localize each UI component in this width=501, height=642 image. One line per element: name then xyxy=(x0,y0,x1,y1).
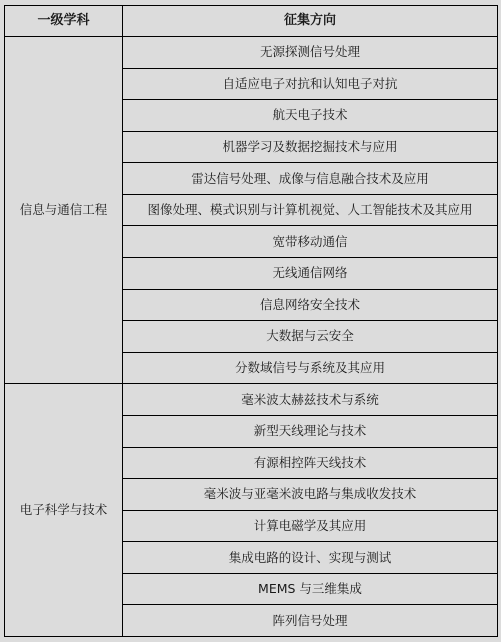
direction-cell: 大数据与云安全 xyxy=(123,321,498,353)
header-direction: 征集方向 xyxy=(123,6,498,37)
direction-cell: 阵列信号处理 xyxy=(123,605,498,637)
direction-cell: 无源探测信号处理 xyxy=(123,37,498,69)
direction-cell: 宽带移动通信 xyxy=(123,226,498,258)
direction-cell: 集成电路的设计、实现与测试 xyxy=(123,542,498,574)
direction-cell: 毫米波太赫兹技术与系统 xyxy=(123,384,498,416)
direction-cell: 信息网络安全技术 xyxy=(123,289,498,321)
discipline-cell-info-comm: 信息与通信工程 xyxy=(5,37,123,384)
direction-cell: MEMS 与三维集成 xyxy=(123,573,498,605)
direction-cell: 计算电磁学及其应用 xyxy=(123,510,498,542)
direction-cell: 毫米波与亚毫米波电路与集成收发技术 xyxy=(123,479,498,511)
table-row: 信息与通信工程 无源探测信号处理 xyxy=(5,37,498,69)
direction-cell: 雷达信号处理、成像与信息融合技术及应用 xyxy=(123,163,498,195)
direction-cell: 无线通信网络 xyxy=(123,258,498,290)
direction-cell: 新型天线理论与技术 xyxy=(123,415,498,447)
discipline-cell-electronic-sci: 电子科学与技术 xyxy=(5,384,123,637)
direction-cell: 自适应电子对抗和认知电子对抗 xyxy=(123,68,498,100)
header-discipline: 一级学科 xyxy=(5,6,123,37)
direction-cell: 有源相控阵天线技术 xyxy=(123,447,498,479)
table-row: 电子科学与技术 毫米波太赫兹技术与系统 xyxy=(5,384,498,416)
header-row: 一级学科 征集方向 xyxy=(5,6,498,37)
direction-cell: 机器学习及数据挖掘技术与应用 xyxy=(123,131,498,163)
direction-cell: 图像处理、模式识别与计算机视觉、人工智能技术及其应用 xyxy=(123,194,498,226)
direction-cell: 航天电子技术 xyxy=(123,100,498,132)
direction-cell: 分数域信号与系统及其应用 xyxy=(123,352,498,384)
discipline-direction-table: 一级学科 征集方向 信息与通信工程 无源探测信号处理 自适应电子对抗和认知电子对… xyxy=(4,5,498,637)
